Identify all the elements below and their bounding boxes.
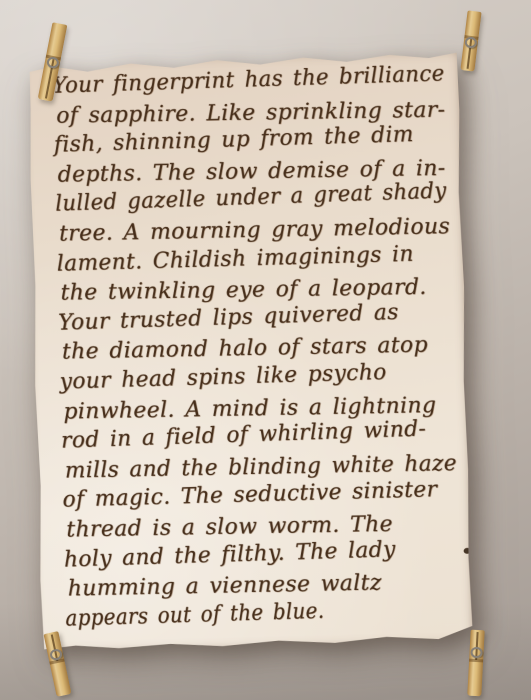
handwriting-line: Your fingerprint has the brilliance bbox=[52, 60, 436, 102]
clothespin-spring-icon bbox=[464, 37, 477, 49]
clothespin-spring-icon bbox=[470, 647, 483, 659]
handwritten-text: Your fingerprint has the brilliance of s… bbox=[27, 51, 473, 635]
clothespin-spring-icon bbox=[45, 56, 59, 69]
paper-sheet: Your fingerprint has the brilliance of s… bbox=[27, 51, 473, 651]
paper-surface: Your fingerprint has the brilliance of s… bbox=[27, 51, 473, 651]
photo-scene: Your fingerprint has the brilliance of s… bbox=[0, 0, 531, 700]
